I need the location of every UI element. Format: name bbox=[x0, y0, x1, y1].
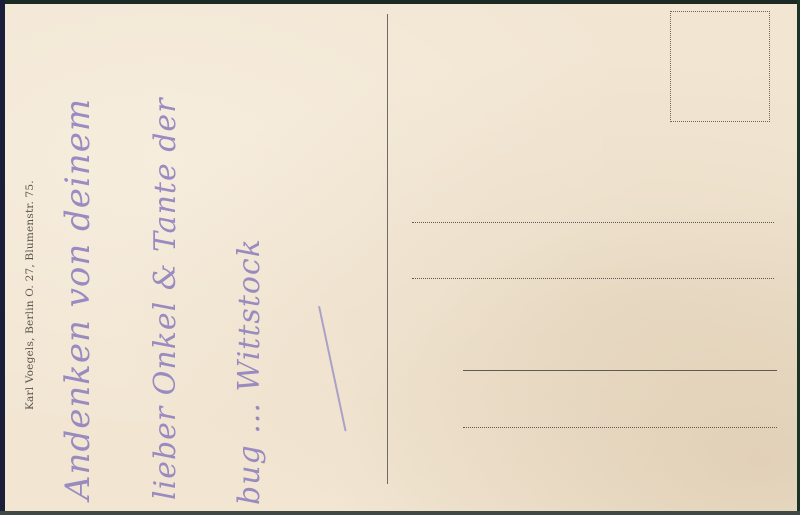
address-line-2 bbox=[412, 278, 774, 279]
address-line-1 bbox=[412, 222, 774, 223]
address-line-3 bbox=[463, 370, 777, 371]
handwritten-line-1: Andenken von deinem bbox=[58, 98, 98, 500]
center-divider bbox=[387, 14, 388, 484]
publisher-imprint: Karl Voegels, Berlin O. 27, Blumenstr. 7… bbox=[24, 180, 36, 410]
handwritten-line-2: lieber Onkel & Tante der bbox=[148, 97, 183, 500]
scan-edge-bottom bbox=[0, 511, 800, 515]
handwritten-line-3: bug ... Wittstock bbox=[232, 238, 267, 505]
stamp-box bbox=[670, 11, 770, 122]
address-line-4 bbox=[463, 427, 777, 428]
